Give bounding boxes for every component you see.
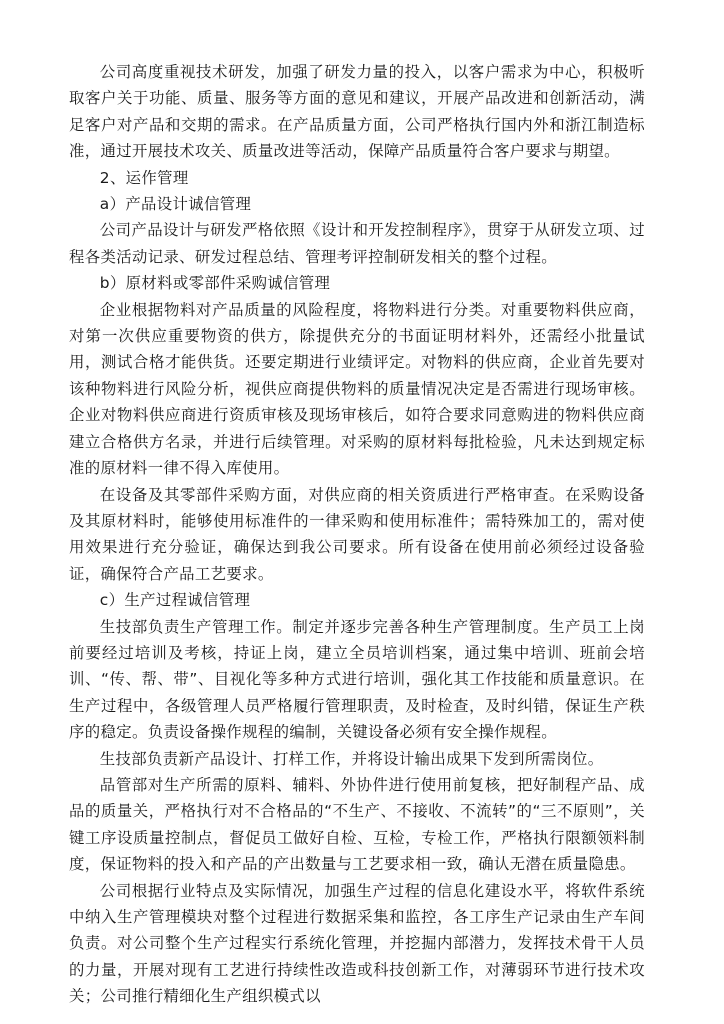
paragraph-rd-intro: 公司高度重视技术研发，加强了研发力量的投入，以客户需求为中心，积极听取客户关于功… [69,59,645,165]
section-heading-operation-management: 2、运作管理 [69,165,645,191]
paragraph-informatization: 公司根据行业特点及实际情况，加强生产过程的信息化建设水平，将软件系统中纳入生产管… [69,878,645,1010]
paragraph-production-management: 生技部负责生产管理工作。制定并逐步完善各种生产管理制度。生产员工上岗前要经过培训… [69,614,645,746]
subheading-production-process: c）生产过程诚信管理 [69,587,645,613]
paragraph-material-procurement: 企业根据物料对产品质量的风险程度，将物料进行分类。对重要物料供应商，对第一次供应… [69,297,645,482]
document-page: 公司高度重视技术研发，加强了研发力量的投入，以客户需求为中心，积极听取客户关于功… [69,59,645,1010]
subheading-product-design: a）产品设计诚信管理 [69,191,645,217]
paragraph-quality-control: 品管部对生产所需的原料、辅料、外协件进行使用前复核，把好制程产品、成品的质量关，… [69,772,645,878]
paragraph-equipment-procurement: 在设备及其零部件采购方面，对供应商的相关资质进行严格审查。在采购设备及其原材料时… [69,482,645,588]
paragraph-product-design: 公司产品设计与研发严格依照《设计和开发控制程序》，贯穿于从研发立项、过程各类活动… [69,217,645,270]
paragraph-new-product-design: 生技部负责新产品设计、打样工作，并将设计输出成果下发到所需岗位。 [69,746,645,772]
subheading-procurement: b）原材料或零部件采购诚信管理 [69,270,645,296]
